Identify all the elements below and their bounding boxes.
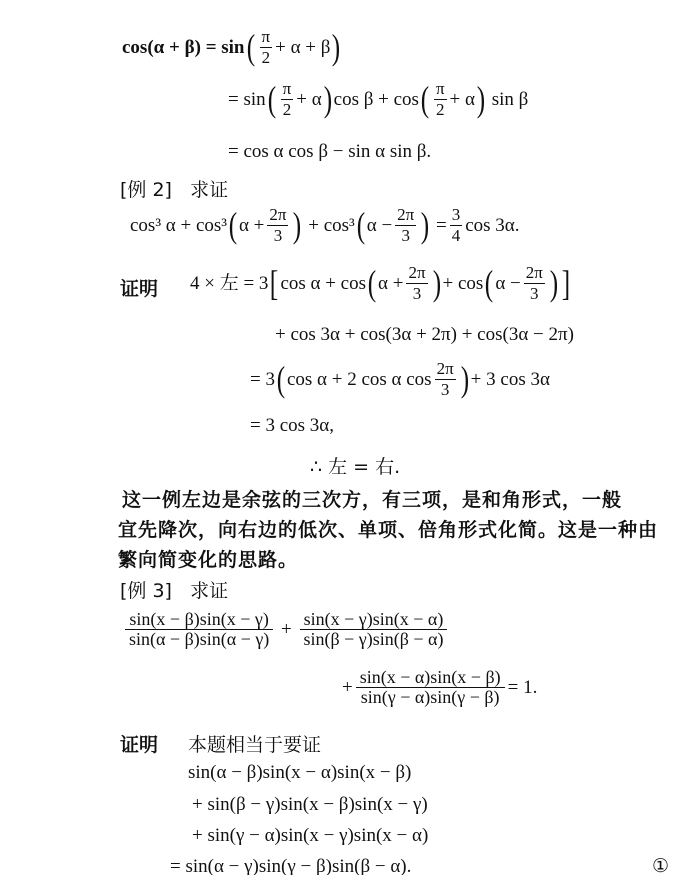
paragraph-line-3: 繁向简变化的思路。 [118, 545, 298, 572]
example-2-proof-line2: + cos 3α + cos(3α + 2π) + cos(3α − 2π) [275, 325, 574, 344]
equation-term: = sin [206, 38, 245, 57]
numerator: sin(x − γ)sin(x − α) [300, 610, 448, 630]
equation-term: 4 × 左 = 3 [190, 274, 268, 293]
equation-term: + 3 cos 3α [471, 370, 550, 389]
example-2-heading: [例 2] 求证 [120, 175, 228, 202]
proof-equation-line-1: sin(α − β)sin(x − α)sin(x − β) [188, 763, 411, 782]
fraction: 34 [450, 206, 463, 245]
numerator: 2π [524, 264, 545, 284]
denominator: 2 [434, 100, 447, 119]
numerator: sin(x − α)sin(x − β) [356, 668, 505, 688]
right-paren: ) [460, 361, 468, 397]
example-2-proof-line4: = 3 cos 3α, [250, 416, 334, 435]
numerator: 2π [267, 206, 288, 226]
equation-term: = 3 [250, 370, 275, 389]
denominator: 3 [528, 284, 541, 303]
denominator: 3 [272, 226, 285, 245]
numerator: π [281, 80, 294, 100]
equation-term: α − [495, 274, 520, 293]
equation-term: + cos [443, 274, 484, 293]
equation-lhs: cos(α + β) [122, 38, 201, 57]
left-paren: ( [267, 81, 275, 117]
example-3-statement-line2: + sin(x − α)sin(x − β)sin(γ − α)sin(γ − … [342, 668, 537, 707]
right-paren: ) [421, 207, 429, 243]
fraction: sin(x − β)sin(x − γ)sin(α − β)sin(α − γ) [125, 610, 273, 649]
equation-term: α + [239, 216, 264, 235]
numerator: π [260, 28, 273, 48]
left-paren: ( [421, 81, 429, 117]
equation-term: + cos³ [308, 216, 355, 235]
denominator: sin(α − β)sin(α − γ) [125, 630, 273, 649]
left-paren: ( [368, 265, 376, 301]
numerator: 3 [450, 206, 463, 226]
numerator: 2π [435, 360, 456, 380]
numerator: π [434, 80, 447, 100]
denominator: 2 [281, 100, 294, 119]
proof-label: 证明 [120, 730, 158, 757]
fraction: π2 [260, 28, 273, 67]
example-2-statement: cos³ α + cos³ ( α + 2π3 ) + cos³ ( α − 2… [130, 206, 520, 245]
denominator: 4 [450, 226, 463, 245]
fraction: 2π3 [395, 206, 416, 245]
fraction: 2π3 [524, 264, 545, 303]
equation-term: cos³ α + cos³ [130, 216, 227, 235]
example-label: [例 3] [120, 580, 172, 602]
fraction: 2π3 [267, 206, 288, 245]
equation-term: + α [296, 90, 321, 109]
equation-cos-sum-line3: = cos α cos β − sin α sin β. [228, 142, 431, 161]
paragraph-line-1: 这一例左边是余弦的三次方，有三项，是和角形式，一般 [122, 485, 622, 512]
equation-term: = [436, 216, 447, 235]
left-bracket: [ [270, 265, 278, 301]
equation-term: sin β [492, 90, 529, 109]
fraction: sin(x − γ)sin(x − α)sin(β − γ)sin(β − α) [299, 610, 447, 649]
paragraph-line-2: 宜先降次，向右边的低次、单项、倍角形式化简。这是一种由 [118, 515, 658, 542]
right-paren: ) [293, 207, 301, 243]
numerator: 2π [395, 206, 416, 226]
equation-term: cos α + cos [280, 274, 366, 293]
right-paren: ) [323, 81, 331, 117]
equation-term: + [281, 620, 292, 639]
proof-label: 证明 [120, 274, 158, 301]
right-paren: ) [477, 81, 485, 117]
proof-equation-line-2: + sin(β − γ)sin(x − β)sin(x − γ) [192, 795, 428, 814]
denominator: 3 [439, 380, 452, 399]
numerator: 2π [406, 264, 427, 284]
example-2-conclusion: ∴ 左 = 右. [310, 452, 400, 479]
fraction: 2π3 [406, 264, 427, 303]
numerator: sin(x − β)sin(x − γ) [125, 610, 272, 630]
equation-term: + [342, 678, 353, 697]
denominator: 2 [260, 48, 273, 67]
example-3-statement-line1: sin(x − β)sin(x − γ)sin(α − β)sin(α − γ)… [122, 610, 450, 649]
left-paren: ( [485, 265, 493, 301]
equation-term: = sin [228, 90, 266, 109]
proof-equation-line-4: = sin(α − γ)sin(γ − β)sin(β − α). [170, 857, 411, 875]
proof-intro: 本题相当于要证 [188, 730, 321, 757]
right-paren: ) [332, 29, 340, 65]
proof-equation-line-3: + sin(γ − α)sin(x − γ)sin(x − α) [192, 826, 428, 845]
left-paren: ( [357, 207, 365, 243]
equation-cos-sum-line2: = sin ( π2 + α ) cos β + cos ( π2 + α ) … [228, 80, 528, 119]
example-2-proof-line1: 4 × 左 = 3 [ cos α + cos ( α + 2π3 ) + co… [190, 264, 572, 303]
left-paren: ( [277, 361, 285, 397]
example-3-heading: [例 3] 求证 [120, 576, 228, 603]
equation-number: ① [652, 857, 669, 875]
fraction: 2π3 [435, 360, 456, 399]
right-paren: ) [550, 265, 558, 301]
example-2-proof-line3: = 3 ( cos α + 2 cos α cos 2π3 ) + 3 cos … [250, 360, 550, 399]
equation-cos-sum-line1: cos(α + β) = sin ( π2 + α + β ) [122, 28, 342, 67]
example-prompt: 求证 [190, 580, 228, 602]
equation-term: cos α + 2 cos α cos [287, 370, 432, 389]
right-bracket: ] [562, 265, 570, 301]
fraction: sin(x − α)sin(x − β)sin(γ − α)sin(γ − β) [356, 668, 505, 707]
denominator: 3 [399, 226, 412, 245]
example-prompt: 求证 [190, 179, 228, 201]
equation-term: cos β + cos [334, 90, 419, 109]
equation-term: + α [450, 90, 475, 109]
equation-term: = 1. [508, 678, 538, 697]
equation-term: α − [367, 216, 392, 235]
fraction: π2 [434, 80, 447, 119]
denominator: 3 [411, 284, 424, 303]
example-label: [例 2] [120, 179, 172, 201]
equation-term: α + [378, 274, 403, 293]
equation-term: cos 3α. [465, 216, 519, 235]
fraction: π2 [281, 80, 294, 119]
left-paren: ( [229, 207, 237, 243]
equation-term: + α + β [275, 38, 330, 57]
left-paren: ( [246, 29, 254, 65]
right-paren: ) [432, 265, 440, 301]
denominator: sin(γ − α)sin(γ − β) [357, 688, 504, 707]
denominator: sin(β − γ)sin(β − α) [299, 630, 447, 649]
